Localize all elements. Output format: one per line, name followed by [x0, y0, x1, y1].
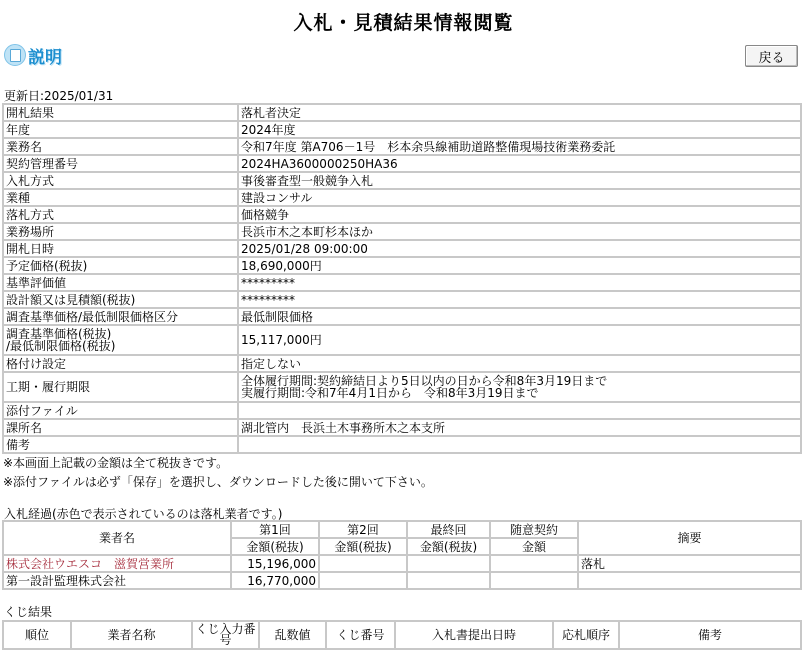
- info-label: 年度: [4, 122, 239, 139]
- bid-row: 第一設計監理株式会社 16,770,000: [4, 573, 802, 590]
- info-row: 添付ファイル: [4, 403, 802, 420]
- info-row: 工期・履行期限 全体履行期間:契約締結日より5日以内の日から令和8年3月19日ま…: [4, 373, 802, 403]
- info-row: 基準評価値 *********: [4, 275, 802, 292]
- info-value: 指定しない: [239, 356, 802, 373]
- header-bid-order: 応札順序: [554, 622, 620, 650]
- info-value: 最低制限価格: [239, 309, 802, 326]
- info-row: 契約管理番号 2024HA3600000250HA36: [4, 156, 802, 173]
- info-value: 15,117,000円: [239, 326, 802, 356]
- info-row: 業務名 令和7年度 第A706－1号 杉本余呉線補助道路整備現場技術業務委託: [4, 139, 802, 156]
- info-row: 設計額又は見積額(税抜) *********: [4, 292, 802, 309]
- document-circle-icon: [4, 44, 26, 66]
- header-lottery-number: くじ番号: [327, 622, 396, 650]
- header-rank: 順位: [4, 622, 72, 650]
- info-label: 課所名: [4, 420, 239, 437]
- header-amount-round2: 金額(税抜): [320, 539, 408, 556]
- header-round2: 第2回: [320, 522, 408, 539]
- header-random-value: 乱数値: [260, 622, 327, 650]
- header-row: 順位 業者名称 くじ入力番 号 乱数値 くじ番号 入札書提出日時 応札順序 備考: [4, 622, 802, 650]
- header-amount-negotiated: 金額: [491, 539, 579, 556]
- amount-negotiated: [491, 573, 579, 590]
- header-final: 最終回: [408, 522, 491, 539]
- info-label: 調査基準価格/最低制限価格区分: [4, 309, 239, 326]
- info-label-line2: /最低制限価格(税抜): [6, 340, 235, 352]
- note-tax: ※本画面上記載の金額は全て税抜きです。: [3, 454, 433, 473]
- amount-round1: 15,196,000: [232, 556, 320, 573]
- info-row: 業務場所 長浜市木之本町杉本ほか: [4, 224, 802, 241]
- header-submission-datetime: 入札書提出日時: [396, 622, 554, 650]
- info-label: 開札日時: [4, 241, 239, 258]
- vendor-name-winner: 株式会社ウエスコ 滋賀営業所: [4, 556, 232, 573]
- info-value: 長浜市木之本町杉本ほか: [239, 224, 802, 241]
- info-value: 2024HA3600000250HA36: [239, 156, 802, 173]
- header-summary: 摘要: [579, 522, 802, 556]
- info-label: 開札結果: [4, 105, 239, 122]
- info-label: 入札方式: [4, 173, 239, 190]
- info-row: 入札方式 事後審査型一般競争入札: [4, 173, 802, 190]
- info-label: 予定価格(税抜): [4, 258, 239, 275]
- info-row: 予定価格(税抜) 18,690,000円: [4, 258, 802, 275]
- header-lottery-input-number: くじ入力番 号: [193, 622, 260, 650]
- back-button[interactable]: 戻る: [745, 45, 798, 67]
- info-value: 2024年度: [239, 122, 802, 139]
- info-label: 業種: [4, 190, 239, 207]
- info-value: 18,690,000円: [239, 258, 802, 275]
- notes: ※本画面上記載の金額は全て税抜きです。 ※添付ファイルは必ず「保存」を選択し、ダ…: [3, 454, 433, 492]
- info-value: [239, 437, 802, 454]
- info-row: 開札日時 2025/01/28 09:00:00: [4, 241, 802, 258]
- bid-history-table: 業者名 第1回 第2回 最終回 随意契約 摘要 金額(税抜) 金額(税抜) 金額…: [2, 520, 802, 590]
- info-value: 湖北管内 長浜土木事務所木之本支所: [239, 420, 802, 437]
- info-label: 業務場所: [4, 224, 239, 241]
- info-label: 契約管理番号: [4, 156, 239, 173]
- help-link[interactable]: 説明: [4, 43, 62, 67]
- info-label: 添付ファイル: [4, 403, 239, 420]
- info-label: 業務名: [4, 139, 239, 156]
- info-label: 備考: [4, 437, 239, 454]
- info-value: *********: [239, 292, 802, 309]
- lottery-title: くじ結果: [4, 603, 52, 620]
- amount-negotiated: [491, 556, 579, 573]
- summary: 落札: [579, 556, 802, 573]
- amount-final: [408, 556, 491, 573]
- info-row: 年度 2024年度: [4, 122, 802, 139]
- info-value: 全体履行期間:契約締結日より5日以内の日から令和8年3月19日まで 実履行期間:…: [239, 373, 802, 403]
- bid-info-table: 開札結果 落札者決定 年度 2024年度 業務名 令和7年度 第A706－1号 …: [2, 103, 802, 454]
- header-amount-round1: 金額(税抜): [232, 539, 320, 556]
- info-row: 落札方式 価格競争: [4, 207, 802, 224]
- info-label: 調査基準価格(税抜) /最低制限価格(税抜): [4, 326, 239, 356]
- info-row: 課所名 湖北管内 長浜土木事務所木之本支所: [4, 420, 802, 437]
- info-value: 落札者決定: [239, 105, 802, 122]
- amount-final: [408, 573, 491, 590]
- summary: [579, 573, 802, 590]
- info-label: 工期・履行期限: [4, 373, 239, 403]
- vendor-name: 第一設計監理株式会社: [4, 573, 232, 590]
- info-row: 備考: [4, 437, 802, 454]
- info-label: 基準評価値: [4, 275, 239, 292]
- bid-row: 株式会社ウエスコ 滋賀営業所 15,196,000 落札: [4, 556, 802, 573]
- header-vendor-name: 業者名称: [72, 622, 193, 650]
- amount-round2: [320, 556, 408, 573]
- page-title: 入札・見積結果情報閲覧: [0, 8, 807, 35]
- header-amount-final: 金額(税抜): [408, 539, 491, 556]
- info-row: 調査基準価格(税抜) /最低制限価格(税抜) 15,117,000円: [4, 326, 802, 356]
- updated-date: 更新日:2025/01/31: [4, 87, 113, 104]
- info-label: 格付け設定: [4, 356, 239, 373]
- lottery-table: 順位 業者名称 くじ入力番 号 乱数値 くじ番号 入札書提出日時 応札順序 備考: [2, 620, 802, 650]
- info-row: 格付け設定 指定しない: [4, 356, 802, 373]
- header-remarks: 備考: [620, 622, 802, 650]
- info-value: *********: [239, 275, 802, 292]
- info-value: 事後審査型一般競争入札: [239, 173, 802, 190]
- header-vendor: 業者名: [4, 522, 232, 556]
- header-negotiated: 随意契約: [491, 522, 579, 539]
- header-lottery-input-line2: 号: [195, 635, 256, 646]
- info-value: 令和7年度 第A706－1号 杉本余呉線補助道路整備現場技術業務委託: [239, 139, 802, 156]
- info-value: 建設コンサル: [239, 190, 802, 207]
- header-round1: 第1回: [232, 522, 320, 539]
- amount-round2: [320, 573, 408, 590]
- info-value: 価格競争: [239, 207, 802, 224]
- info-row: 業種 建設コンサル: [4, 190, 802, 207]
- info-row: 開札結果 落札者決定: [4, 105, 802, 122]
- info-value-line2: 実履行期間:令和7年4月1日から 令和8年3月19日まで: [241, 387, 798, 399]
- header-row: 業者名 第1回 第2回 最終回 随意契約 摘要: [4, 522, 802, 539]
- info-label: 設計額又は見積額(税抜): [4, 292, 239, 309]
- help-link-label: 説明: [28, 43, 62, 68]
- note-attachment: ※添付ファイルは必ず「保存」を選択し、ダウンロードした後に開いて下さい。: [3, 473, 433, 492]
- attachment-value: [239, 403, 802, 420]
- info-row: 調査基準価格/最低制限価格区分 最低制限価格: [4, 309, 802, 326]
- info-value: 2025/01/28 09:00:00: [239, 241, 802, 258]
- amount-round1: 16,770,000: [232, 573, 320, 590]
- info-label: 落札方式: [4, 207, 239, 224]
